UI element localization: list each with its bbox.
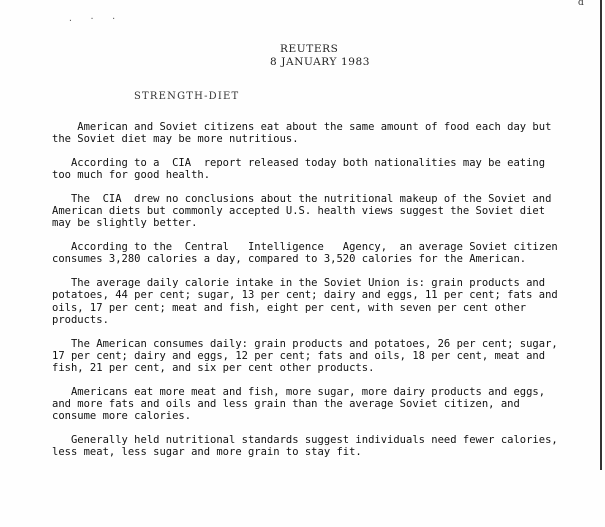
news-source: REUTERS <box>270 43 370 56</box>
document-page: ɗ . · · REUTERS 8 JANUARY 1983 STRENGTH-… <box>0 0 605 527</box>
dateline: REUTERS 8 JANUARY 1983 <box>270 43 370 69</box>
paragraph: Americans eat more meat and fish, more s… <box>52 386 605 423</box>
paragraph: The American consumes daily: grain produ… <box>52 338 605 375</box>
article-body: American and Soviet citizens eat about t… <box>52 121 605 470</box>
scan-mark: ɗ <box>578 0 584 8</box>
paragraph: According to the Central Intelligence Ag… <box>52 241 605 265</box>
scan-specks: . · · <box>68 14 122 23</box>
paragraph: The CIA drew no conclusions about the nu… <box>52 193 605 230</box>
paragraph: American and Soviet citizens eat about t… <box>52 121 605 145</box>
paragraph: According to a CIA report released today… <box>52 157 605 181</box>
paragraph: Generally held nutritional standards sug… <box>52 434 605 458</box>
paragraph: The average daily calorie intake in the … <box>52 277 605 326</box>
news-date: 8 JANUARY 1983 <box>270 56 370 68</box>
story-slug: STRENGTH-DIET <box>134 91 239 102</box>
